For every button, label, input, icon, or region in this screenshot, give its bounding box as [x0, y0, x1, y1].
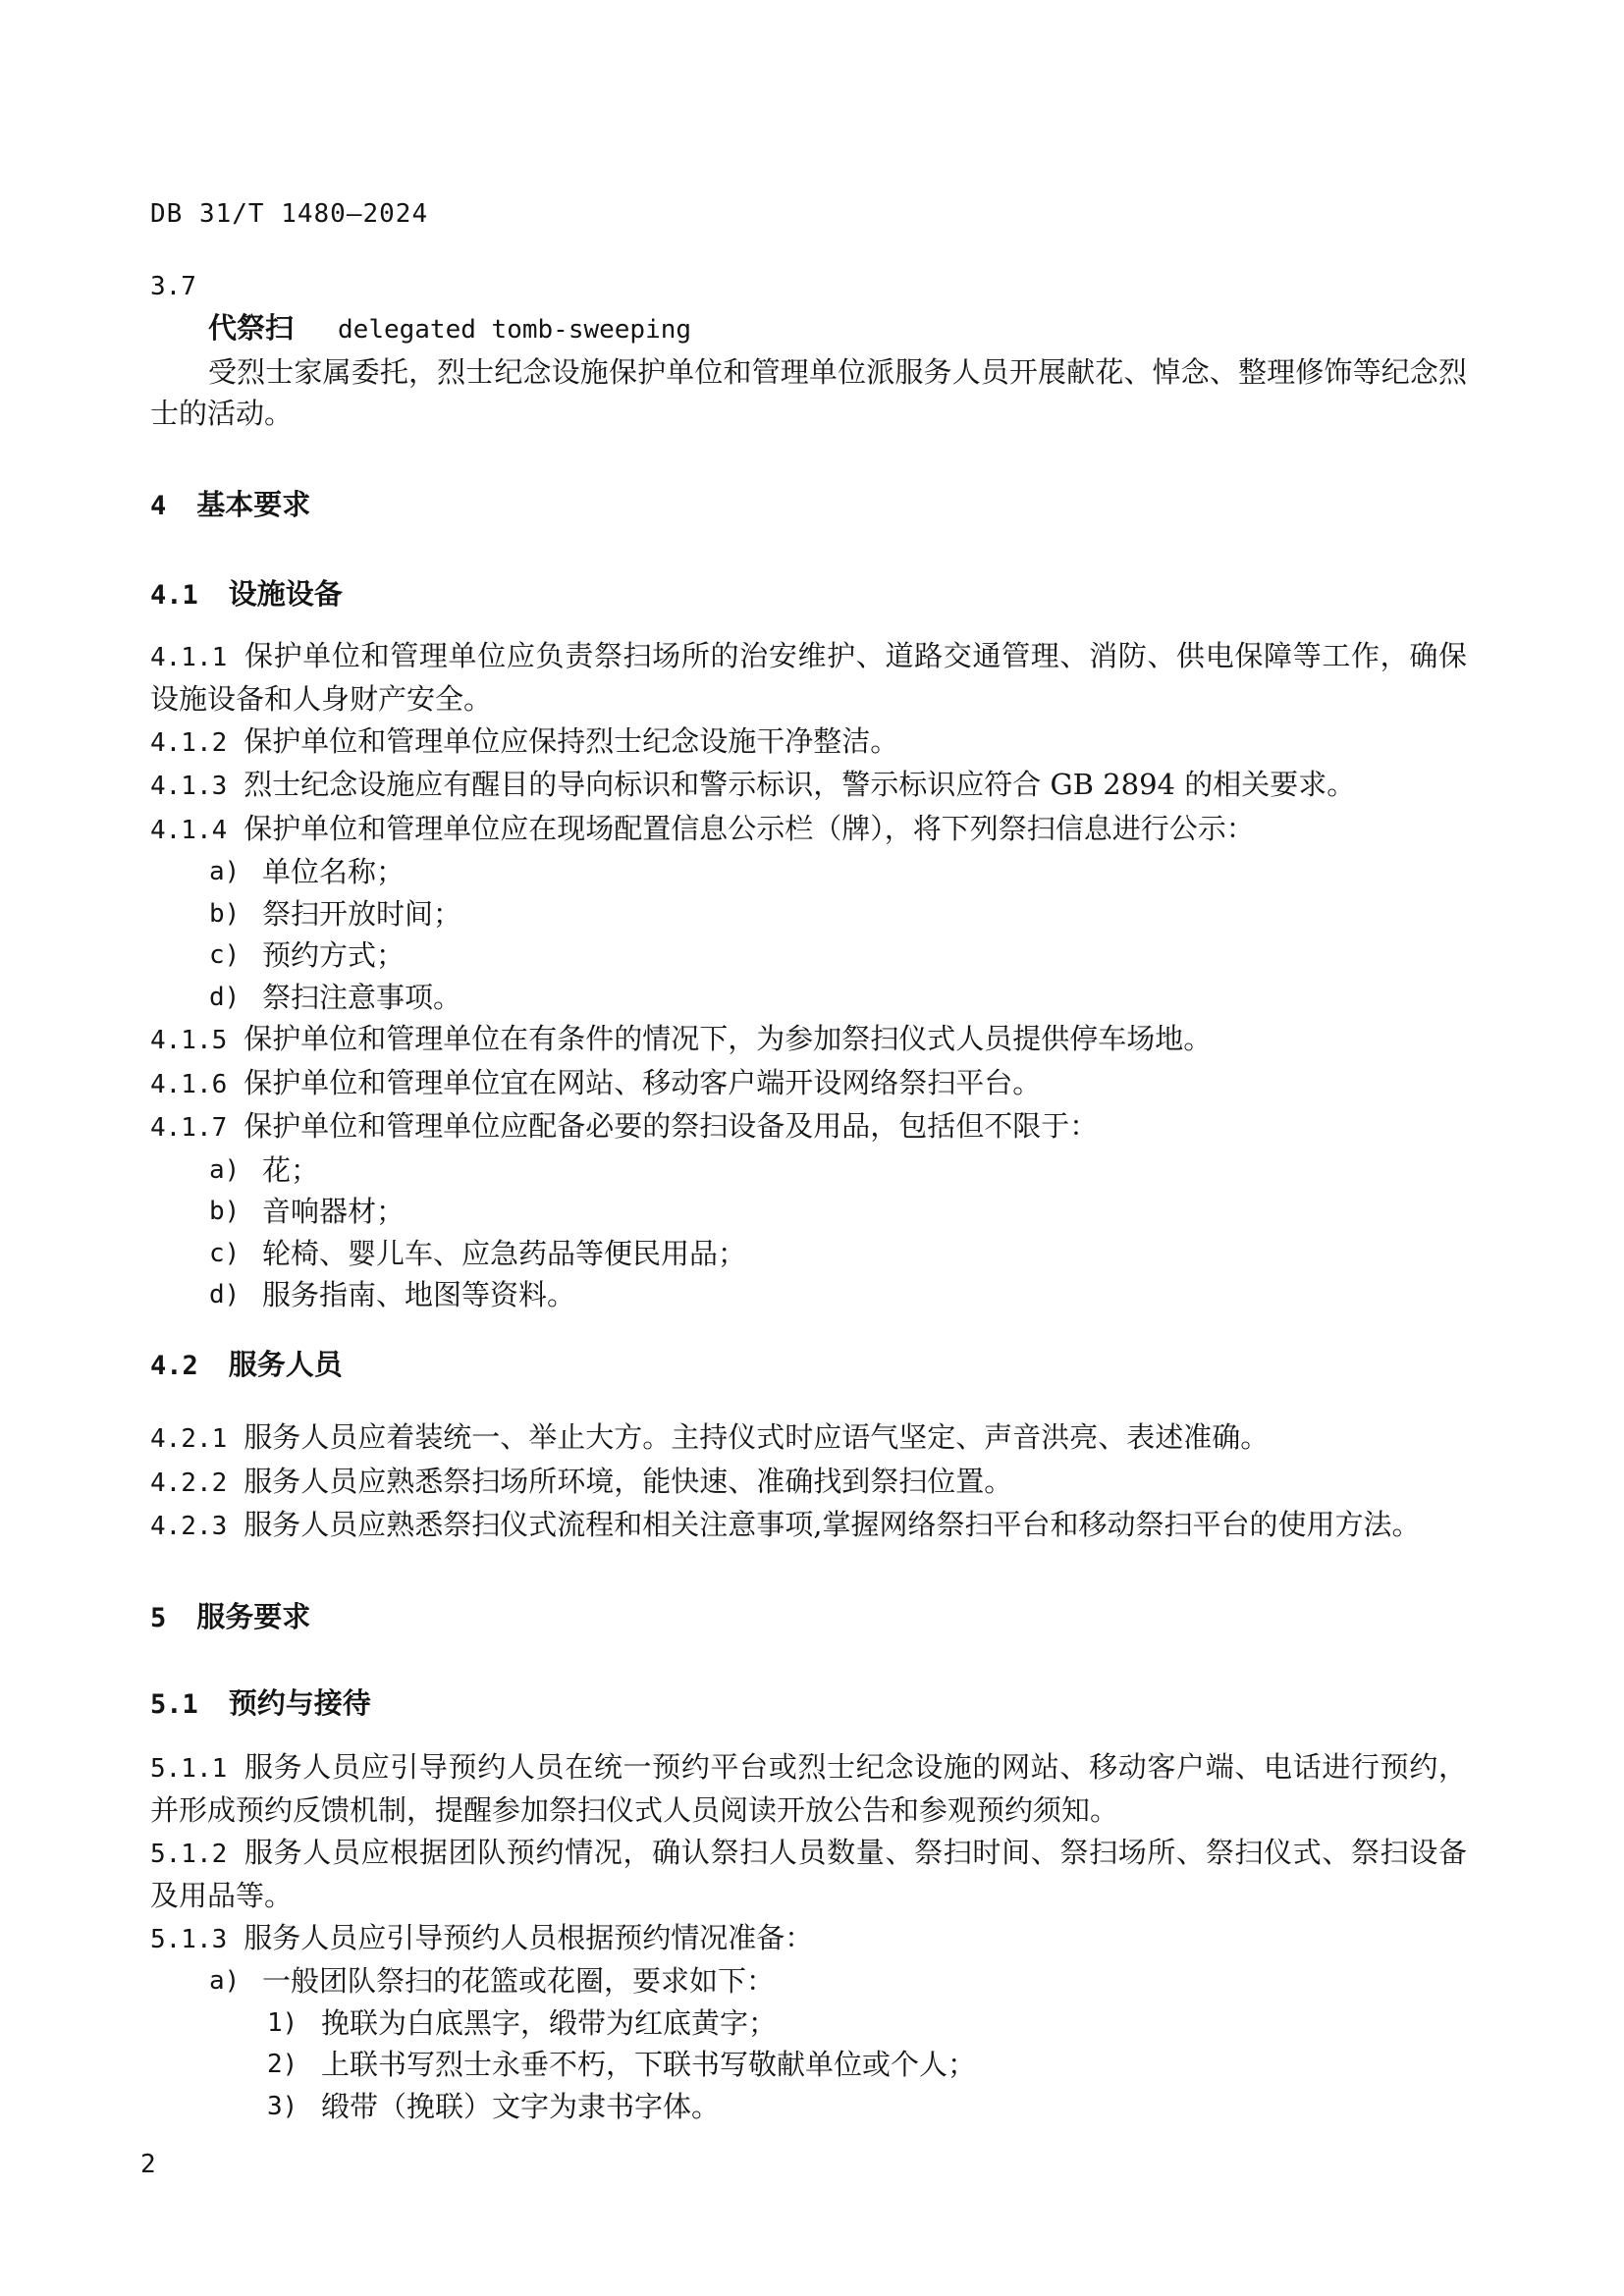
clause-4-1-6-text: 保护单位和管理单位宜在网站、移动客户端开设网络祭扫平台。 [244, 1066, 1041, 1099]
clause-4-1-3-text: 烈士纪念设施应有醒目的导向标识和警示标识，警示标识应符合 GB 2894 的相关… [244, 768, 1355, 801]
clause-5-1-1-number: 5.1.1 [150, 1754, 244, 1784]
clause-4-2-3-text: 服务人员应熟悉祭扫仪式流程和相关注意事项,掌握网络祭扫平台和移动祭扫平台的使用方… [244, 1508, 1420, 1541]
clause-5-1-3-text: 服务人员应引导预约人员根据预约情况准备： [244, 1921, 813, 1954]
list-item-5-1-3-a-1: 1)挽联为白底黑字，缎带为红底黄字； [267, 2002, 1467, 2045]
section-4-2-heading: 4.2服务人员 [150, 1344, 1467, 1388]
clause-5-1-2: 5.1.2服务人员应根据团队预约情况，确认祭扫人员数量、祭扫时间、祭扫场所、祭扫… [150, 1832, 1467, 1917]
clause-4-1-3: 4.1.3烈士纪念设施应有醒目的导向标识和警示标识，警示标识应符合 GB 289… [150, 764, 1467, 808]
clause-4-1-4-text: 保护单位和管理单位应在现场配置信息公示栏（牌），将下列祭扫信息进行公示： [244, 812, 1255, 845]
clause-4-2-2-number: 4.2.2 [150, 1468, 244, 1498]
section-4-1-number: 4.1 [150, 580, 198, 611]
list-marker: d) [209, 1274, 262, 1316]
clause-4-1-7: 4.1.7保护单位和管理单位应配备必要的祭扫设备及用品，包括但不限于： [150, 1105, 1467, 1149]
list-marker: a) [209, 1960, 262, 2002]
list-marker: b) [209, 893, 262, 935]
clause-5-1-1-text: 服务人员应引导预约人员在统一预约平台或烈士纪念设施的网站、移动客户端、电话进行预… [150, 1750, 1467, 1828]
clause-5-1-1: 5.1.1服务人员应引导预约人员在统一预约平台或烈士纪念设施的网站、移动客户端、… [150, 1746, 1467, 1832]
clause-4-1-3-number: 4.1.3 [150, 772, 244, 801]
clause-4-1-2-number: 4.1.2 [150, 728, 244, 758]
list-item-text: 单位名称； [262, 851, 405, 893]
clause-4-2-1-text: 服务人员应着装统一、举止大方。主持仪式时应语气坚定、声音洪亮、表述准确。 [244, 1420, 1269, 1454]
clause-5-1-3: 5.1.3服务人员应引导预约人员根据预约情况准备： [150, 1917, 1467, 1961]
list-marker: d) [209, 977, 262, 1019]
clause-4-1-1-text: 保护单位和管理单位应负责祭扫场所的治安维护、道路交通管理、消防、供电保障等工作，… [150, 639, 1467, 717]
list-marker: 1) [267, 2002, 321, 2045]
clause-4-1-4-number: 4.1.4 [150, 816, 244, 845]
list-marker: a) [209, 851, 262, 893]
list-item-text: 花； [262, 1149, 319, 1192]
clause-4-2-3: 4.2.3服务人员应熟悉祭扫仪式流程和相关注意事项,掌握网络祭扫平台和移动祭扫平… [150, 1504, 1467, 1548]
clause-4-1-6-number: 4.1.6 [150, 1070, 244, 1099]
list-item-4-1-4-a: a)单位名称； [209, 851, 1467, 893]
clause-4-2-2-text: 服务人员应熟悉祭扫场所环境，能快速、准确找到祭扫位置。 [244, 1465, 1012, 1498]
doc-number: DB 31/T 1480—2024 [150, 193, 1467, 236]
clause-5-1-2-number: 5.1.2 [150, 1840, 244, 1869]
clause-4-1-1-number: 4.1.1 [150, 643, 244, 672]
section-4-1-heading: 4.1设施设备 [150, 573, 1467, 617]
chapter-4-number: 4 [150, 491, 166, 521]
clause-4-2-1: 4.2.1服务人员应着装统一、举止大方。主持仪式时应语气坚定、声音洪亮、表述准确… [150, 1416, 1467, 1461]
list-marker: 3) [267, 2086, 321, 2128]
list-item-4-1-7-c: c)轮椅、婴儿车、应急药品等便民用品； [209, 1233, 1467, 1275]
list-item-5-1-3-a: a)一般团队祭扫的花篮或花圈，要求如下： [209, 1960, 1467, 2002]
clause-5-1-2-text: 服务人员应根据团队预约情况，确认祭扫人员数量、祭扫时间、祭扫场所、祭扫仪式、祭扫… [150, 1836, 1467, 1913]
clause-4-1-2: 4.1.2保护单位和管理单位应保持烈士纪念设施干净整洁。 [150, 721, 1467, 765]
list-item-text: 上联书写烈士永垂不朽，下联书写敬献单位或个人； [321, 2044, 976, 2086]
term-definition: 受烈士家属委托，烈士纪念设施保护单位和管理单位派服务人员开展献花、悼念、整理修饰… [150, 351, 1467, 435]
list-item-text: 轮椅、婴儿车、应急药品等便民用品； [262, 1233, 746, 1275]
list-item-text: 缎带（挽联）文字为隶书字体。 [321, 2086, 720, 2128]
list-item-5-1-3-a-3: 3)缎带（挽联）文字为隶书字体。 [267, 2086, 1467, 2128]
clause-4-1-5-text: 保护单位和管理单位在有条件的情况下，为参加祭扫仪式人员提供停车场地。 [244, 1022, 1212, 1055]
list-item-text: 服务指南、地图等资料。 [262, 1274, 575, 1316]
clause-4-1-7-number: 4.1.7 [150, 1113, 244, 1143]
list-item-5-1-3-a-2: 2)上联书写烈士永垂不朽，下联书写敬献单位或个人； [267, 2044, 1467, 2086]
section-5-1-heading: 5.1预约与接待 [150, 1682, 1467, 1727]
list-item-text: 一般团队祭扫的花篮或花圈，要求如下： [262, 1960, 775, 2002]
list-marker: a) [209, 1149, 262, 1192]
list-marker: 2) [267, 2044, 321, 2086]
list-item-text: 祭扫开放时间； [262, 893, 461, 935]
clause-4-2-2: 4.2.2服务人员应熟悉祭扫场所环境，能快速、准确找到祭扫位置。 [150, 1461, 1467, 1505]
clause-4-1-2-text: 保护单位和管理单位应保持烈士纪念设施干净整洁。 [244, 724, 898, 758]
section-4-1-title: 设施设备 [229, 577, 343, 611]
clause-4-1-5: 4.1.5保护单位和管理单位在有条件的情况下，为参加祭扫仪式人员提供停车场地。 [150, 1018, 1467, 1062]
list-item-4-1-4-b: b)祭扫开放时间； [209, 893, 1467, 935]
list-item-4-1-7-d: d)服务指南、地图等资料。 [209, 1274, 1467, 1316]
clause-4-1-1: 4.1.1保护单位和管理单位应负责祭扫场所的治安维护、道路交通管理、消防、供电保… [150, 635, 1467, 721]
section-4-2-title: 服务人员 [229, 1348, 343, 1381]
chapter-5-title: 服务要求 [196, 1600, 310, 1633]
clause-4-2-1-number: 4.2.1 [150, 1424, 244, 1454]
term-entry: 代祭扫delegated tomb-sweeping [150, 307, 1467, 351]
section-4-2-number: 4.2 [150, 1351, 198, 1381]
section-5-1-title: 预约与接待 [229, 1686, 371, 1720]
chapter-5-heading: 5服务要求 [150, 1596, 1467, 1640]
section-5-1-number: 5.1 [150, 1689, 198, 1720]
list-item-4-1-4-d: d)祭扫注意事项。 [209, 977, 1467, 1019]
list-item-4-1-7-a: a)花； [209, 1149, 1467, 1192]
list-item-text: 祭扫注意事项。 [262, 977, 461, 1019]
list-item-text: 预约方式； [262, 934, 405, 977]
term-en: delegated tomb-sweeping [338, 315, 691, 345]
chapter-5-number: 5 [150, 1603, 166, 1633]
list-marker: c) [209, 934, 262, 977]
document-page: DB 31/T 1480—2024 3.7 代祭扫delegated tomb-… [0, 0, 1624, 2296]
clause-4-1-4: 4.1.4保护单位和管理单位应在现场配置信息公示栏（牌），将下列祭扫信息进行公示… [150, 808, 1467, 852]
list-item-text: 音响器材； [262, 1191, 405, 1233]
chapter-4-heading: 4基本要求 [150, 484, 1467, 528]
list-marker: b) [209, 1191, 262, 1233]
term-clause-number: 3.7 [150, 266, 1467, 308]
clause-4-1-5-number: 4.1.5 [150, 1026, 244, 1055]
list-item-4-1-4-c: c)预约方式； [209, 934, 1467, 977]
list-marker: c) [209, 1233, 262, 1275]
page-number: 2 [140, 2144, 1467, 2186]
chapter-4-title: 基本要求 [196, 488, 310, 521]
list-item-4-1-7-b: b)音响器材； [209, 1191, 1467, 1233]
clause-4-2-3-number: 4.2.3 [150, 1512, 244, 1541]
clause-4-1-7-text: 保护单位和管理单位应配备必要的祭扫设备及用品，包括但不限于： [244, 1109, 1098, 1143]
term-zh: 代祭扫 [208, 311, 294, 345]
list-item-text: 挽联为白底黑字，缎带为红底黄字； [321, 2002, 777, 2045]
clause-4-1-6: 4.1.6保护单位和管理单位宜在网站、移动客户端开设网络祭扫平台。 [150, 1062, 1467, 1106]
clause-5-1-3-number: 5.1.3 [150, 1925, 244, 1954]
